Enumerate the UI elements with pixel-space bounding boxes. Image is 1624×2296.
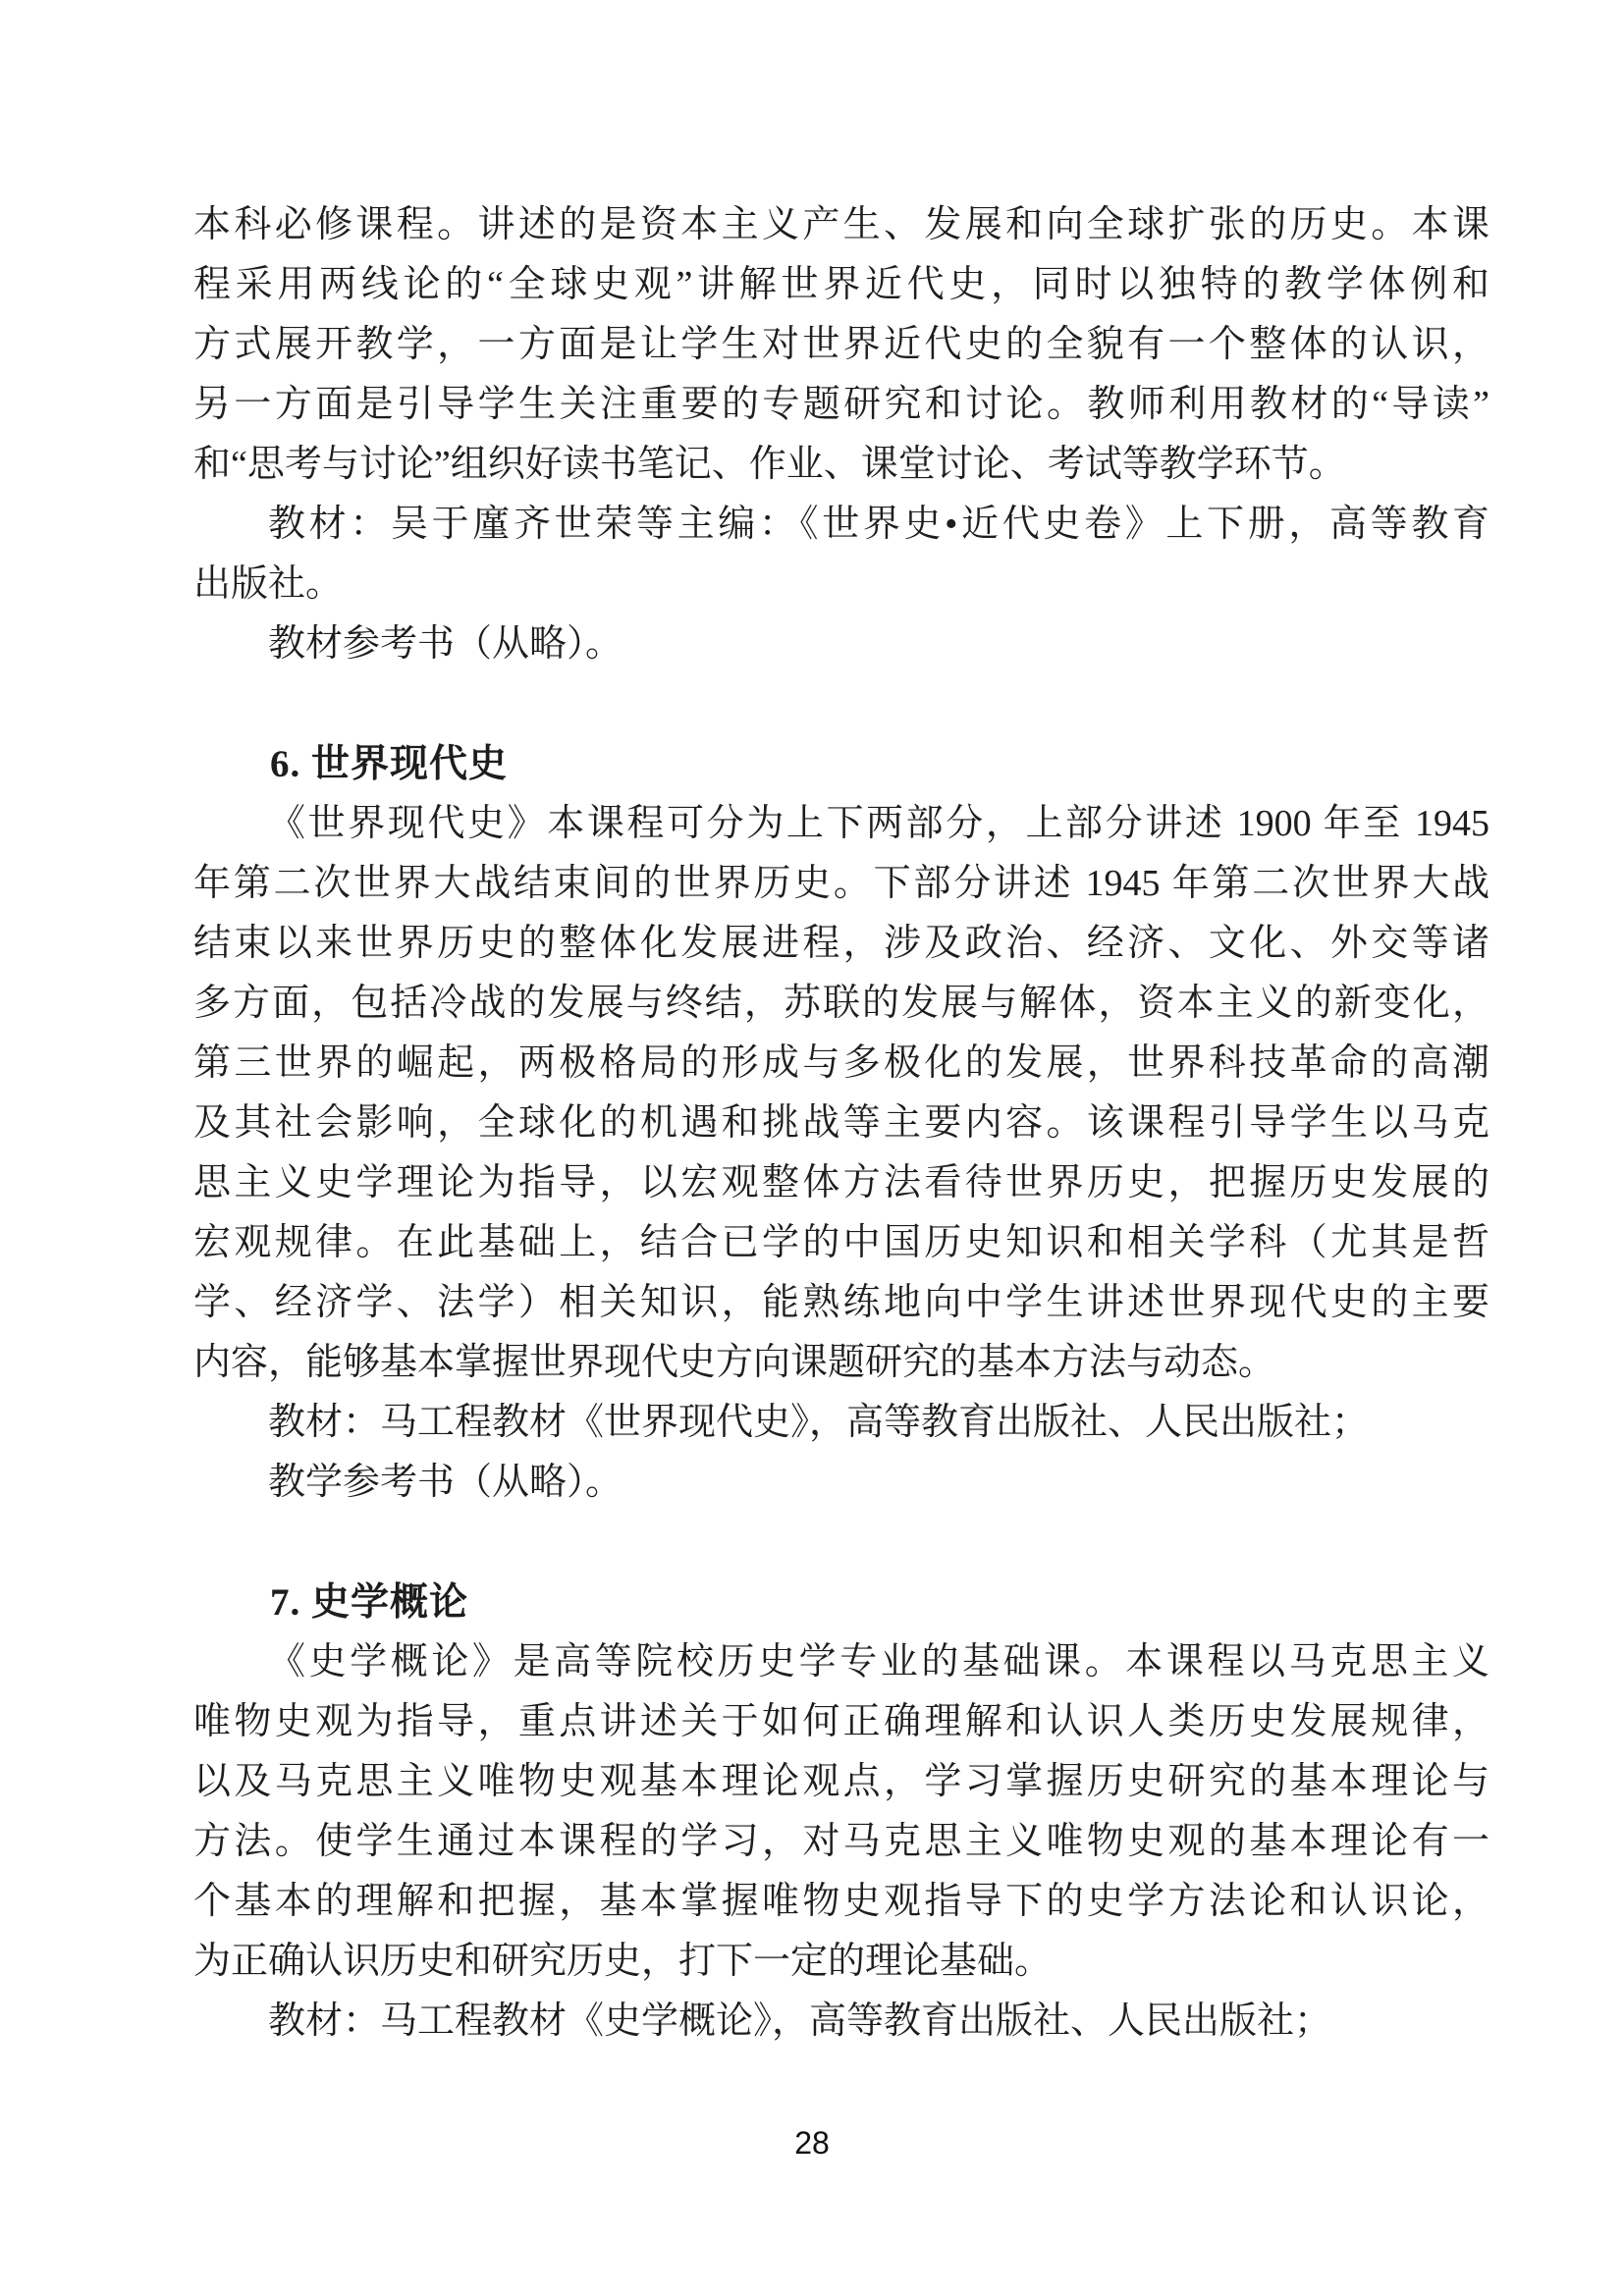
text-line: 以及马克思主义唯物史观基本理论观点，学习掌握历史研究的基本理论与: [193, 1752, 1489, 1812]
page-number: 28: [794, 2125, 830, 2161]
text-line: 《世界现代史》本课程可分为上下两部分，上部分讲述 1900 年至 1945: [193, 794, 1489, 854]
paragraph-textbook-section-6: 教材：马工程教材《世界现代史》，高等教育出版社、人民出版社；: [193, 1393, 1489, 1453]
text-line: 方式展开教学，一方面是让学生对世界近代史的全貌有一个整体的认识，: [193, 315, 1489, 375]
text-line: 年第二次世界大战结束间的世界历史。下部分讲述 1945 年第二次世界大战: [193, 854, 1489, 914]
section-heading-7-historiography-introduction: 7. 史学概论: [193, 1573, 1489, 1632]
page-footer: 28: [0, 2125, 1624, 2161]
text-line: 本科必修课程。讲述的是资本主义产生、发展和向全球扩张的历史。本课: [193, 195, 1489, 255]
text-column: 本科必修课程。讲述的是资本主义产生、发展和向全球扩张的历史。本课 程采用两线论的…: [193, 195, 1489, 2052]
section-heading-6-world-contemporary-history: 6. 世界现代史: [193, 734, 1489, 794]
text-line: 另一方面是引导学生关注重要的专题研究和讨论。教师利用教材的“导读”: [193, 375, 1489, 435]
text-line: 结束以来世界历史的整体化发展进程，涉及政治、经济、文化、外交等诸: [193, 914, 1489, 974]
text-line: 程采用两线论的“全球史观”讲解世界近代史，同时以独特的教学体例和: [193, 255, 1489, 315]
text-line: 为正确认识历史和研究历史，打下一定的理论基础。: [193, 1932, 1489, 1992]
paragraph-textbook-world-modern: 教材：吴于廑齐世荣等主编：《世界史•近代史卷》上下册，高等教育 出版社。: [193, 495, 1489, 614]
text-line: 多方面，包括冷战的发展与终结，苏联的发展与解体，资本主义的新变化，: [193, 974, 1489, 1034]
text-line: 唯物史观为指导，重点讲述关于如何正确理解和认识人类历史发展规律，: [193, 1692, 1489, 1752]
text-line: 教材参考书（从略）。: [193, 614, 1489, 674]
text-line: 宏观规律。在此基础上，结合已学的中国历史知识和相关学科（尤其是哲: [193, 1213, 1489, 1273]
text-line: 出版社。: [193, 555, 1489, 614]
text-line: 和“思考与讨论”组织好读书笔记、作业、课堂讨论、考试等教学环节。: [193, 435, 1489, 495]
paragraph-section-6-description: 《世界现代史》本课程可分为上下两部分，上部分讲述 1900 年至 1945 年第…: [193, 794, 1489, 1393]
text-line: 教材：马工程教材《史学概论》，高等教育出版社、人民出版社；: [193, 1992, 1489, 2052]
paragraph-reference-note: 教材参考书（从略）。: [193, 614, 1489, 674]
text-line: 教学参考书（从略）。: [193, 1453, 1489, 1513]
text-line: 思主义史学理论为指导，以宏观整体方法看待世界历史，把握历史发展的: [193, 1153, 1489, 1213]
text-line: 第三世界的崛起，两极格局的形成与多极化的发展，世界科技革命的高潮: [193, 1034, 1489, 1094]
text-line: 及其社会影响，全球化的机遇和挑战等主要内容。该课程引导学生以马克: [193, 1094, 1489, 1153]
text-line: 教材：吴于廑齐世荣等主编：《世界史•近代史卷》上下册，高等教育: [193, 495, 1489, 555]
document-page: 本科必修课程。讲述的是资本主义产生、发展和向全球扩张的历史。本课 程采用两线论的…: [0, 0, 1624, 2296]
text-line: 教材：马工程教材《世界现代史》，高等教育出版社、人民出版社；: [193, 1393, 1489, 1453]
paragraph-textbook-section-7: 教材：马工程教材《史学概论》，高等教育出版社、人民出版社；: [193, 1992, 1489, 2052]
text-line: 内容，能够基本掌握世界现代史方向课题研究的基本方法与动态。: [193, 1333, 1489, 1393]
paragraph-section-7-description: 《史学概论》是高等院校历史学专业的基础课。本课程以马克思主义 唯物史观为指导，重…: [193, 1632, 1489, 1992]
text-line: 个基本的理解和把握，基本掌握唯物史观指导下的史学方法论和认识论，: [193, 1872, 1489, 1932]
text-line: 《史学概论》是高等院校历史学专业的基础课。本课程以马克思主义: [193, 1632, 1489, 1692]
paragraph-teaching-reference-note: 教学参考书（从略）。: [193, 1453, 1489, 1513]
text-line: 学、经济学、法学）相关知识，能熟练地向中学生讲述世界现代史的主要: [193, 1273, 1489, 1333]
text-line: 方法。使学生通过本课程的学习，对马克思主义唯物史观的基本理论有一: [193, 1812, 1489, 1872]
paragraph-course-intro: 本科必修课程。讲述的是资本主义产生、发展和向全球扩张的历史。本课 程采用两线论的…: [193, 195, 1489, 495]
